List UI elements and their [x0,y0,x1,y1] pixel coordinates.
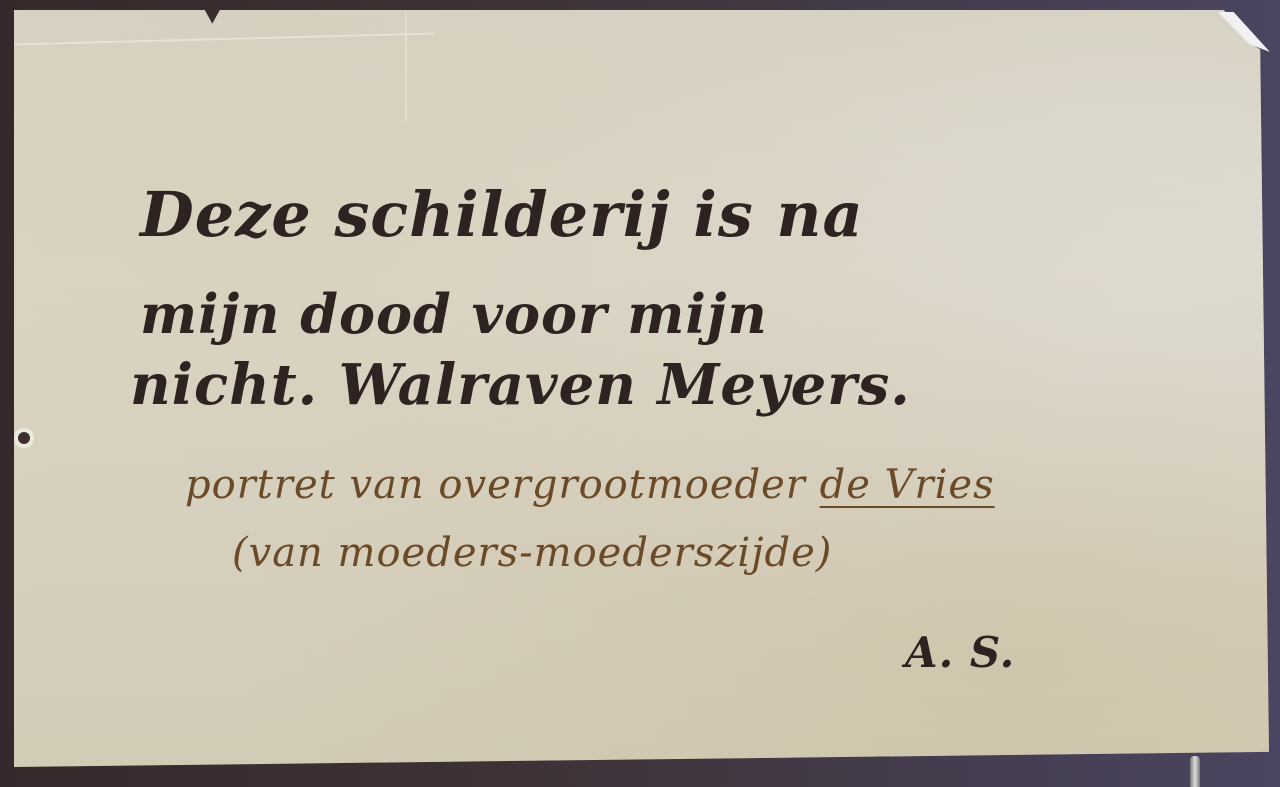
pin-hole [18,432,30,444]
paper-tear [405,12,407,122]
annotation-text: portret van overgrootmoeder [185,462,820,508]
main-text-line-2: mijn dood voor mijn [140,282,768,346]
annotation-line-2: (van moeders-moederszijde) [232,530,832,576]
annotation-underlined-name: de Vries [820,462,995,508]
main-text-line-1: Deze schilderij is na [140,178,864,251]
signature-initials: A. S. [905,628,1015,677]
main-text-line-3: nicht. Walraven Meyers. [130,352,911,418]
frame-pin [1190,756,1200,787]
annotation-line-1: portret van overgrootmoeder de Vries [185,462,995,508]
